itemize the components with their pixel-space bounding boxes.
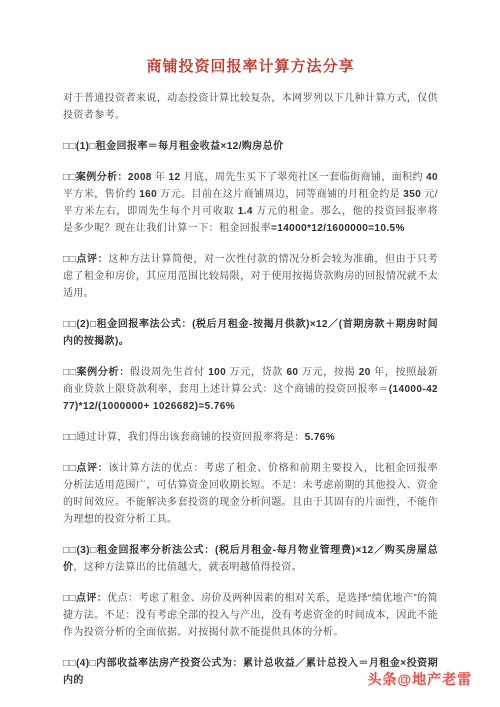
text-run: 5.76% — [305, 432, 335, 443]
paragraph-intro: 对于普通投资者来说，动态投资计算比较复杂，本网罗列以下几种计算方式，仅供投资者参… — [63, 90, 438, 124]
paragraph-case-analysis-1: □□案例分析：2008 年 12 月底，周先生买下了翠苑社区一套临街商铺，面积约… — [63, 169, 438, 237]
page-title: 商铺投资回报率计算方法分享 — [63, 56, 438, 78]
paragraph-formula-1: □□(1)□租金回报率＝每月租金收益×12/购房总价 — [63, 138, 438, 155]
paragraph-conclusion-2: □□通过计算，我们得出该套商铺的投资回报率将是：5.76% — [63, 429, 438, 446]
text-run: □□ — [63, 593, 76, 604]
text-run: 万元。目前在这片商铺周边，同等商铺的月租金约是 — [160, 189, 403, 200]
document-page: 商铺投资回报率计算方法分享 对于普通投资者来说，动态投资计算比较复杂，本网罗列以… — [0, 0, 500, 707]
text-run: 12 — [169, 172, 184, 183]
text-run: 2008 — [128, 172, 155, 183]
text-run: 这种方法计算简便，对一次性付款的情况分析会较为准确，但由于只考虑了租金和房价，其… — [63, 254, 438, 299]
paragraph-formula-2: □□(2)□租金回报率法公式：(税后月租金-按揭月供款)×12／(首期房款＋期房… — [63, 316, 438, 350]
text-run: □□ — [63, 319, 76, 330]
text-run: 平方米，售价约 — [63, 189, 139, 200]
text-run: 点评： — [76, 593, 107, 604]
text-run: 案例分析： — [76, 367, 129, 378]
text-run: (1)□租金回报率＝每月租金收益×12/购房总价 — [76, 141, 284, 152]
text-run: (2)□租金回报率法公式：(税后月租金-按揭月供款)×12／(首期房款＋期房时间… — [63, 319, 438, 347]
text-run: 40 — [426, 172, 438, 183]
text-run: 60 — [286, 367, 301, 378]
text-run: 350 — [403, 189, 424, 200]
text-run: 万元，按揭 — [302, 367, 359, 378]
text-run: 20 — [359, 367, 374, 378]
text-run: 假设周先生首付 — [130, 367, 208, 378]
paragraph-comment-1: □□点评：这种方法计算简便，对一次性付款的情况分析会较为准确，但由于只考虑了租金… — [63, 251, 438, 302]
text-run: 点评： — [76, 254, 108, 265]
text-run: 点评： — [76, 463, 108, 474]
paragraph-comment-2: □□点评：该计算方法的优点：考虑了租金、价格和前期主要投入，比租金回报率分析法适… — [63, 460, 438, 528]
watermark: 头条@地产老雷 — [367, 669, 472, 689]
text-run: =14000*12/1600000=10.5% — [271, 223, 405, 234]
text-run: 年 — [155, 172, 169, 183]
paragraph-comment-3: □□点评：优点：考虑了租金、房价及两种因素的相对关系，是选择“绩优地产”的简捷方… — [63, 590, 438, 641]
text-run: □□ — [63, 172, 76, 183]
text-run: □□ — [63, 254, 76, 265]
text-run: □□ — [63, 658, 76, 669]
text-run: 案例分析： — [76, 172, 128, 183]
text-run: □□ — [63, 367, 76, 378]
text-run: 万元，贷款 — [230, 367, 287, 378]
document-body: 对于普通投资者来说，动态投资计算比较复杂，本网罗列以下几种计算方式，仅供投资者参… — [63, 90, 438, 689]
text-run: 该计算方法的优点：考虑了租金、价格和前期主要投入，比租金回报率分析法适用范围广，… — [63, 463, 438, 525]
paragraph-case-analysis-2: □□案例分析：假设周先生首付 100 万元，贷款 60 万元，按揭 20 年，按… — [63, 364, 438, 415]
text-run: 100 — [208, 367, 229, 378]
text-run: □□ — [63, 432, 76, 443]
text-run: □□ — [63, 141, 76, 152]
text-run: 月底，周先生买下了翠苑社区一套临街商铺，面积约 — [184, 172, 426, 183]
text-run: □□ — [63, 545, 77, 556]
text-run: ，这种方法算出的比值越大，就表明越值得投资。 — [73, 562, 302, 573]
text-run: □□ — [63, 463, 76, 474]
text-run: 1.4 — [238, 206, 257, 217]
text-run: 对于普通投资者来说，动态投资计算比较复杂，本网罗列以下几种计算方式，仅供投资者参… — [63, 93, 438, 121]
text-run: 160 — [139, 189, 160, 200]
paragraph-formula-3: □□(3)□租金回报率分析法公式：(税后月租金-每月物业管理费)×12／购买房屋… — [63, 542, 438, 576]
text-run: 通过计算，我们得出该套商铺的投资回报率将是： — [76, 432, 305, 443]
text-run: 优点：考虑了租金、房价及两种因素的相对关系，是选择“绩优地产”的简捷方法。不足：… — [63, 593, 438, 638]
